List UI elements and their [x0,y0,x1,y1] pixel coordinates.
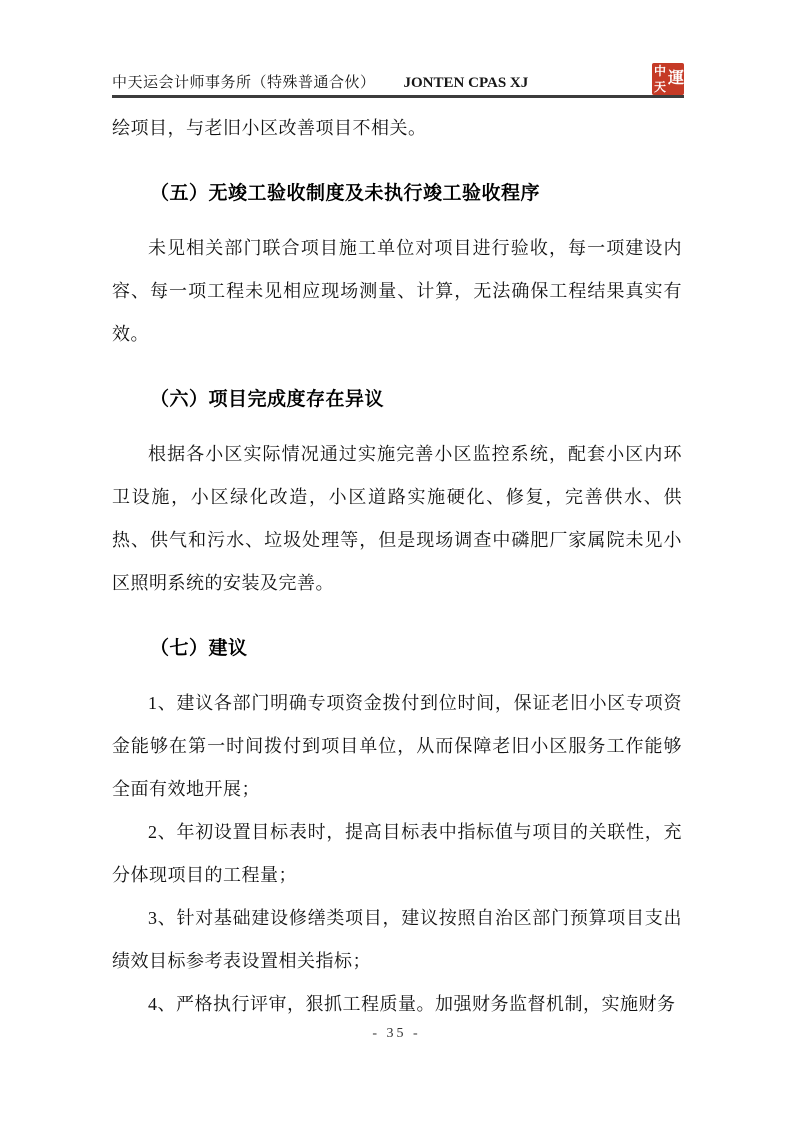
section-6-paragraph: 根据各小区实际情况通过实施完善小区监控系统，配套小区内环卫设施，小区绿化改造，小… [112,433,682,605]
section-heading-5: （五）无竣工验收制度及未执行竣工验收程序 [112,172,682,215]
header-firm-name-cn: 中天运会计师事务所（特殊普通合伙） [112,71,376,92]
suggestion-item-3: 3、针对基础建设修缮类项目，建议按照自治区部门预算项目支出绩效目标参考表设置相关… [112,897,682,983]
page-header: 中天运会计师事务所（特殊普通合伙） JONTEN CPAS XJ [112,71,684,92]
section-5-paragraph: 未见相关部门联合项目施工单位对项目进行验收，每一项建设内容、每一项工程未见相应现… [112,227,682,356]
company-seal-stamp: 中 天 運 [652,63,684,95]
suggestion-item-2: 2、年初设置目标表时，提高目标表中指标值与项目的关联性，充分体现项目的工程量； [112,811,682,897]
section-heading-6: （六）项目完成度存在异议 [112,378,682,421]
section-heading-7: （七）建议 [112,627,682,670]
seal-char-bottom-left: 天 [654,80,666,94]
document-page: 中天运会计师事务所（特殊普通合伙） JONTEN CPAS XJ 中 天 運 绘… [0,0,793,1122]
header-firm-name-en: JONTEN CPAS XJ [404,75,529,92]
seal-char-right: 運 [668,63,684,95]
header-divider-line [112,95,684,98]
seal-char-top-left: 中 [654,64,666,78]
suggestion-item-4: 4、严格执行评审，狠抓工程质量。加强财务监督机制，实施财务 [112,983,682,1026]
seal-left-characters: 中 天 [652,63,668,95]
page-number: - 35 - [0,1026,793,1042]
continued-paragraph: 绘项目，与老旧小区改善项目不相关。 [112,107,682,150]
suggestion-item-1: 1、建议各部门明确专项资金拨付到位时间，保证老旧小区专项资金能够在第一时间拨付到… [112,682,682,811]
document-body: 绘项目，与老旧小区改善项目不相关。 （五）无竣工验收制度及未执行竣工验收程序 未… [112,107,682,1026]
